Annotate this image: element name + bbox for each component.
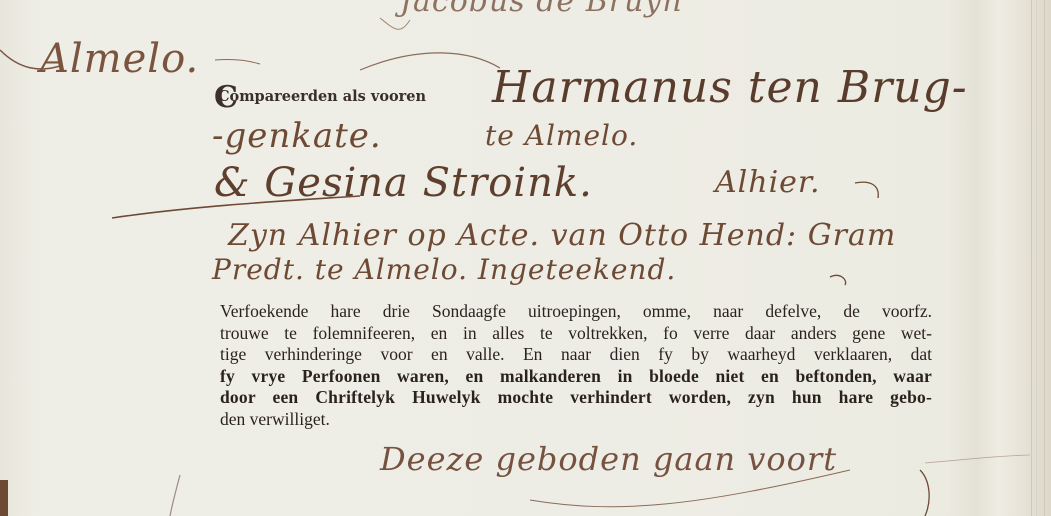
- groom-residence: te Almelo.: [485, 119, 638, 152]
- printed-paragraph: Verfoekende hare drie Sondaagfe uitroepi…: [220, 301, 932, 430]
- printed-heading-text: Compareerden als vooren: [218, 88, 426, 105]
- paragraph-line: fy vrye Perfoonen waren, en malkanderen …: [220, 366, 932, 388]
- closing-note: Deeze geboden gaan voort: [380, 440, 837, 478]
- paragraph-line: trouwe te folemnifeeren, en in alles te …: [220, 323, 932, 345]
- groom-name-continuation: -genkate.: [212, 116, 382, 156]
- paragraph-line: tige verhinderinge voor en valle. En naa…: [220, 344, 932, 366]
- page-edge-line: [1036, 0, 1037, 516]
- paragraph-line: door een Chriftelyk Huwelyk mochte verhi…: [220, 387, 932, 409]
- paragraph-line: Verfoekende hare drie Sondaagfe uitroepi…: [220, 301, 932, 323]
- groom-name: Harmanus ten Brug-: [492, 62, 968, 113]
- bride-residence: Alhier.: [715, 165, 821, 200]
- margin-place-name: Almelo.: [40, 36, 199, 82]
- register-page: Jacobus de Bruyn Almelo. Compareerden al…: [0, 0, 1051, 516]
- acte-line-2: Predt. te Almelo. Ingeteekend.: [212, 253, 676, 286]
- acte-line-1: Zyn Alhier op Acte. van Otto Hend: Gram: [228, 218, 896, 253]
- page-edge-line: [1044, 0, 1045, 516]
- bride-name: & Gesina Stroink.: [214, 160, 593, 206]
- printed-heading: Compareerden als vooren: [218, 88, 426, 105]
- top-partial-name: Jacobus de Bruyn: [400, 0, 683, 19]
- paragraph-line: den verwilliget.: [220, 409, 932, 431]
- page-edge-line: [1031, 0, 1032, 516]
